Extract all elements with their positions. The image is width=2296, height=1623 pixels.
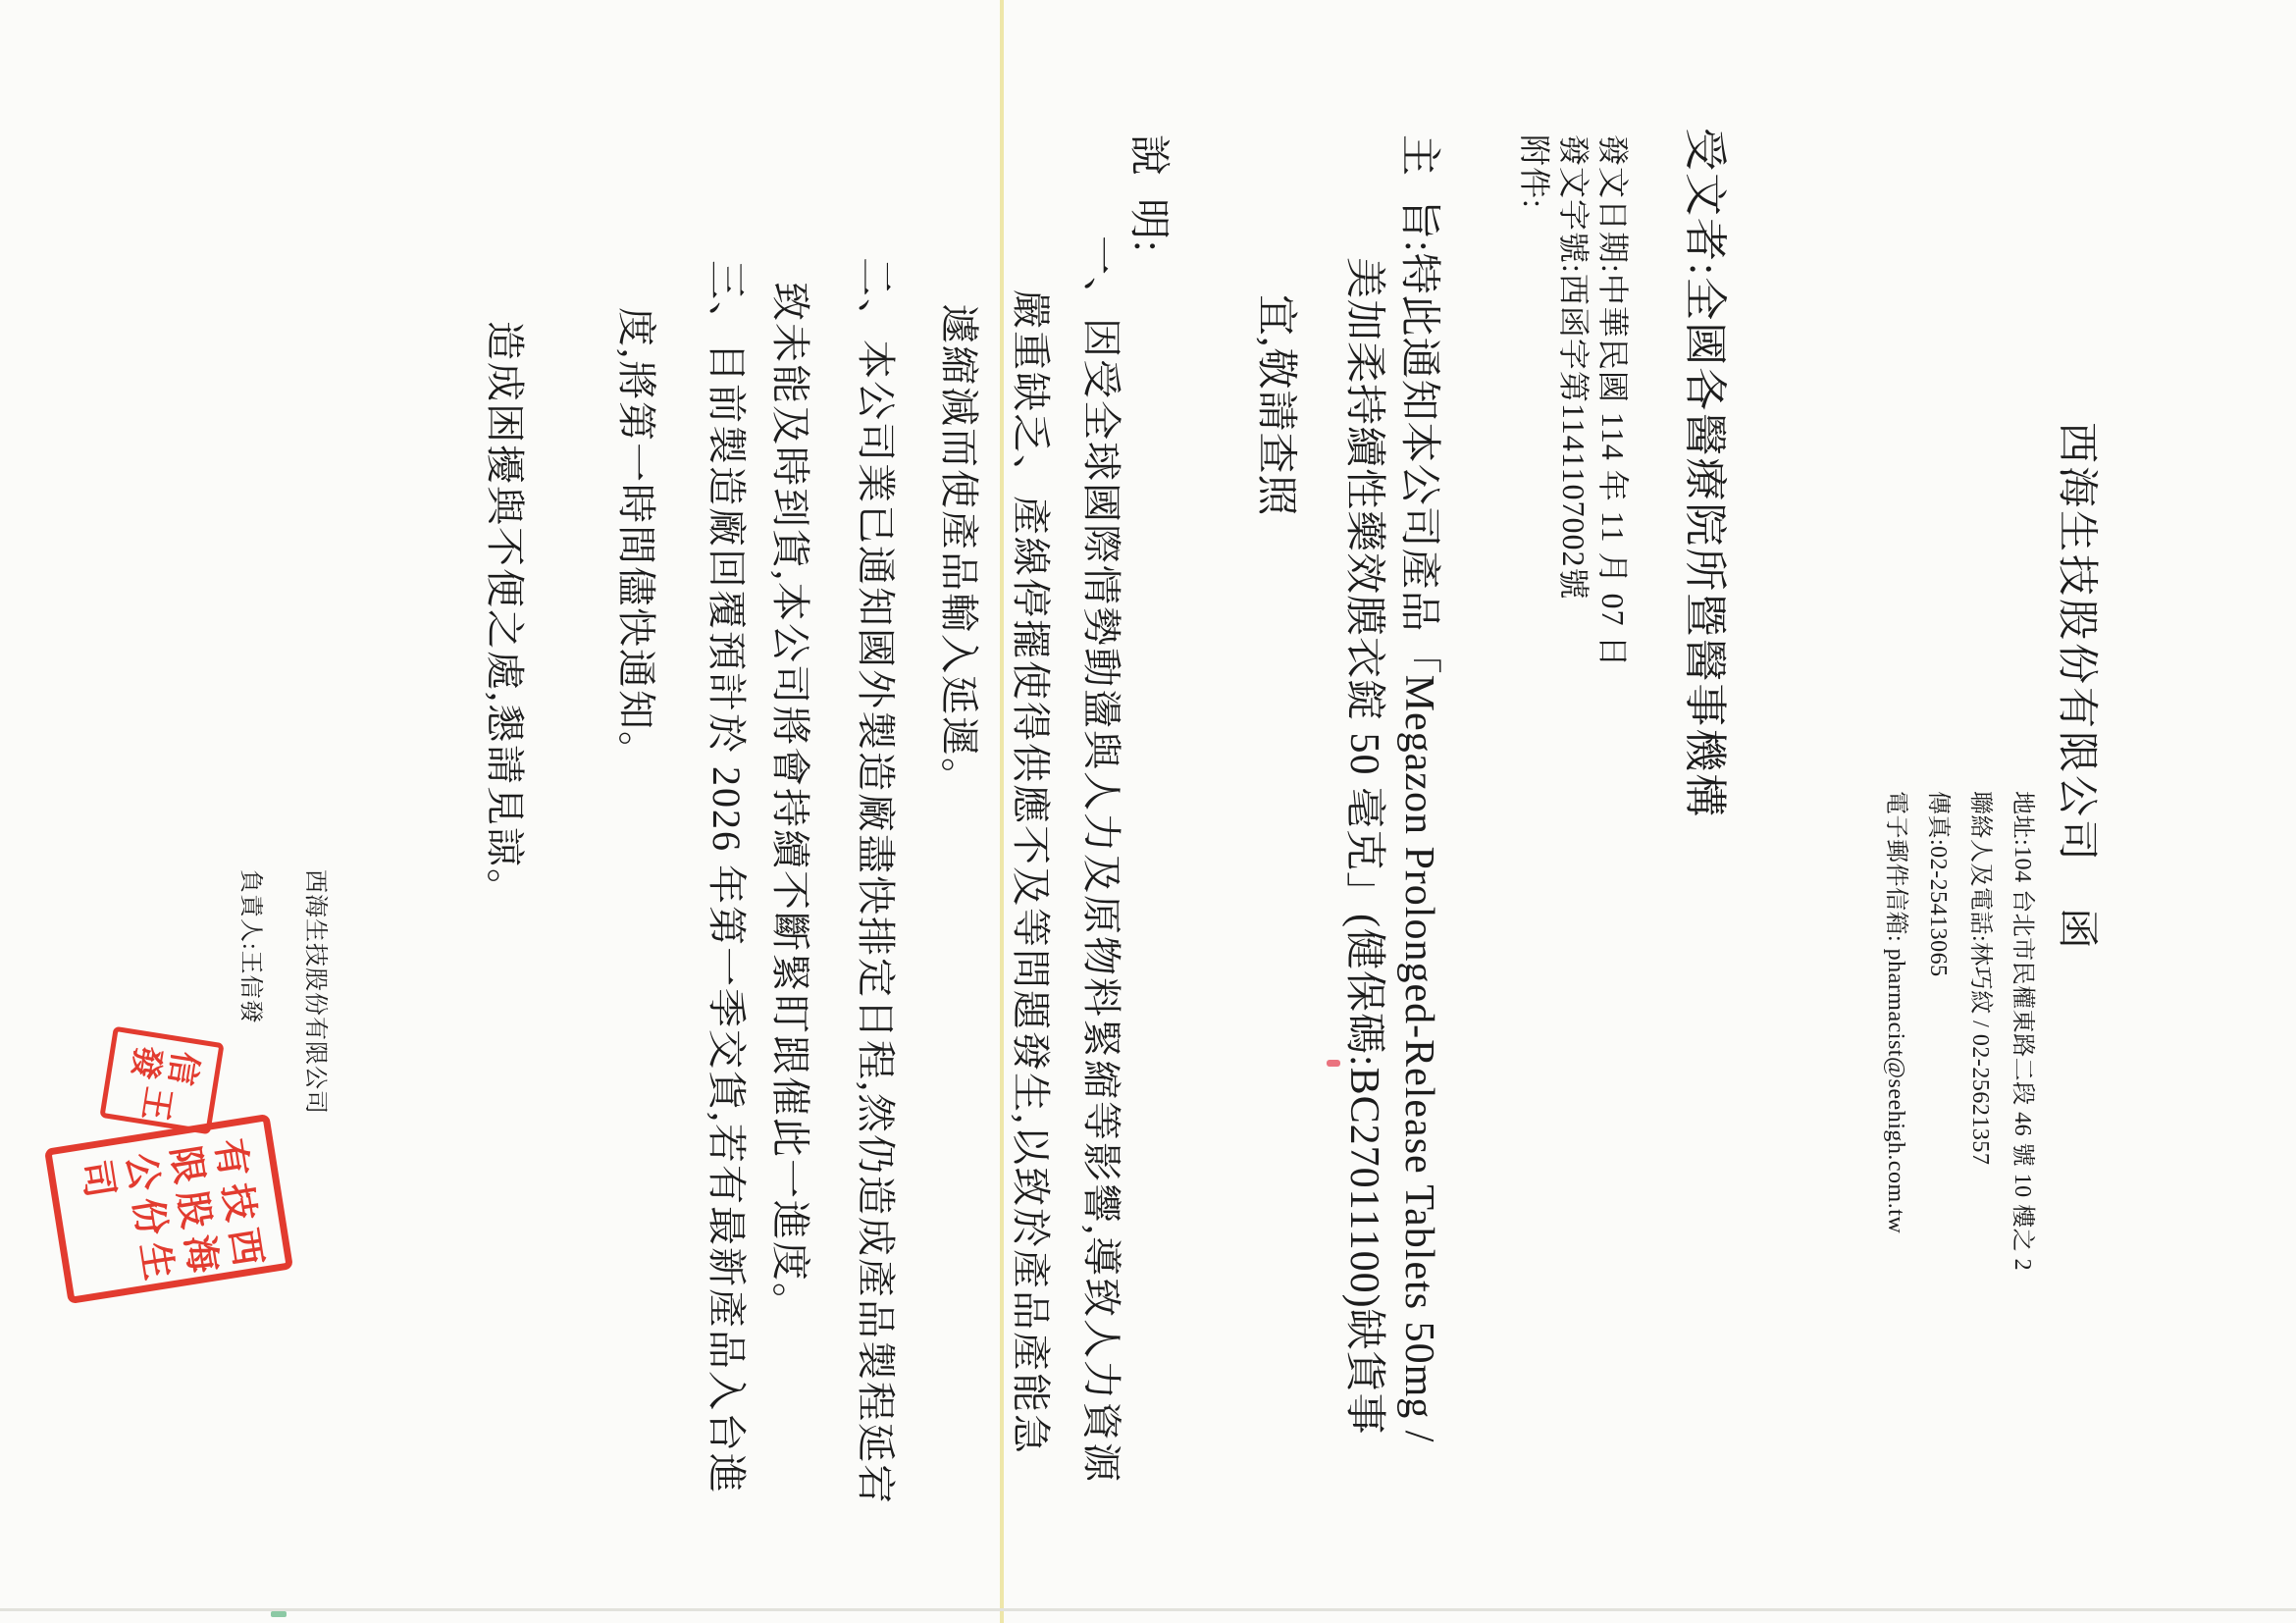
- scanner-fold-line: [1000, 0, 1004, 1623]
- personal-seal-left-column: 信發: [126, 1038, 205, 1084]
- subject-line-2: 美加柔持續性藥效膜衣錠 50 毫克」(健保碼:BC27011100)缺貨事: [1338, 257, 1397, 1436]
- subject-line-1: 主 旨:特此通知本公司產品「Megazon Prolonged-Release …: [1393, 134, 1452, 1442]
- item-1-line-2: 嚴重缺乏、產線停擺使得供應不及等問題發生,以致於產品產能急: [1006, 289, 1062, 1455]
- item-3-line-2: 度,將第一時間儘快通知。: [611, 307, 667, 772]
- email-line: 電子郵件信箱: pharmacist@seehigh.com.tw: [1874, 791, 1916, 1271]
- item-1-line-1: 一、因受全球國際情勢動盪與人力及原物料緊縮等影響,導致人力資源: [1076, 236, 1132, 1484]
- item-2-line-1: 二、本公司業已通知國外製造廠盡快排定日程,然仍造成產品製程延宕: [851, 257, 907, 1505]
- attachment-line: 附件:: [1515, 134, 1554, 668]
- closing-line: 造成困擾與不便之處,懇請見諒。: [480, 321, 536, 910]
- signature-company: 西海生技股份有限公司: [301, 869, 336, 1115]
- personal-seal-stamp: 王 信發: [99, 1026, 224, 1135]
- scan-bottom-edge: [0, 1608, 2296, 1611]
- doc-number-line: 發文字號:西函字第1141107002號: [1554, 134, 1593, 668]
- company-seal-text: 西海生 技股份 有限公司: [69, 1127, 268, 1289]
- subject-line-3: 宜,敬請查照: [1250, 294, 1309, 517]
- fax-line: 傳真:02-25413065: [1916, 791, 1958, 1271]
- address-line: 地址:104 台北市民權東路二段 46 號 10 樓之 2: [2001, 791, 2043, 1271]
- scanned-document: { "letter": { "title": "西海生技股份有限公司\u3000…: [0, 0, 2296, 1623]
- item-2-line-2: 致未能及時到貨,本公司將會持續不斷緊盯跟催此一進度。: [765, 282, 821, 1324]
- scan-green-speck: [271, 1611, 287, 1617]
- scan-red-speck: [1327, 1060, 1340, 1067]
- item-3-line-1: 三、目前製造廠回覆預計於 2026 年第一季交貨,若有最新產品入台進: [702, 260, 757, 1494]
- recipient-line: 受文者:全國各醫療院所暨醫事機構: [1678, 128, 1741, 818]
- signature-person: 負責人:王信發: [236, 869, 271, 1024]
- doc-meta-block: 發文日期:中華民國 114 年 11 月 07 日 發文字號:西函字第11411…: [1515, 134, 1633, 668]
- contact-line: 聯絡人及電話:林巧紋 / 02-25621357: [1958, 791, 2001, 1271]
- personal-seal-right-column: 王: [139, 1079, 178, 1120]
- item-1-line-3: 遽縮減而使產品輸入延遲。: [934, 304, 990, 799]
- company-seal-stamp: 西海生 技股份 有限公司: [44, 1114, 293, 1304]
- letter-page: 西海生技股份有限公司 函 地址:104 台北市民權東路二段 46 號 10 樓之…: [0, 0, 2296, 1623]
- letter-title: 西海生技股份有限公司 函: [2051, 422, 2110, 952]
- issue-date-line: 發文日期:中華民國 114 年 11 月 07 日: [1593, 134, 1633, 668]
- sender-address-block: 地址:104 台北市民權東路二段 46 號 10 樓之 2 聯絡人及電話:林巧紋…: [1874, 791, 2043, 1271]
